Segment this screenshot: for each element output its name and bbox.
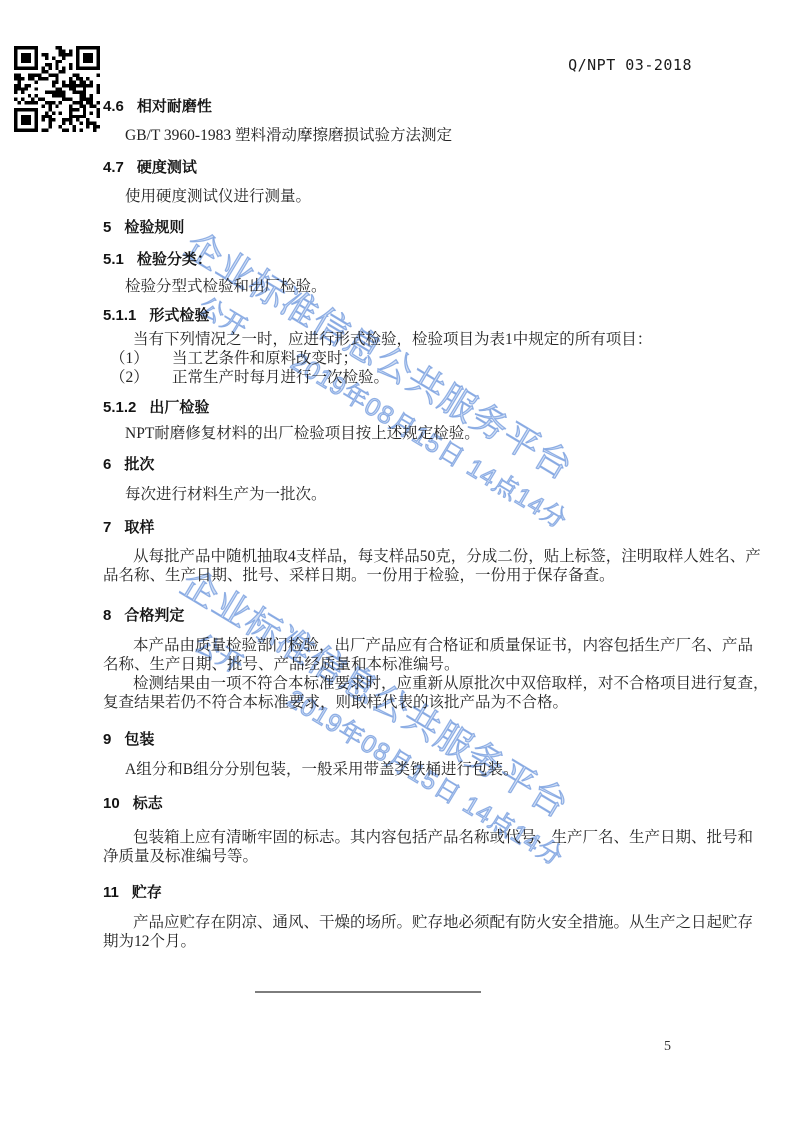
page-number: 5 — [664, 1039, 671, 1055]
text-line: （1） 当工艺条件和原料改变时； — [103, 349, 703, 368]
section-title: 包装 — [124, 731, 154, 748]
section-heading-8: 8合格判定 — [103, 604, 703, 625]
section-heading-10: 10标志 — [103, 792, 703, 813]
section-title: 取样 — [124, 519, 154, 536]
text-line: 净质量及标准编号等。 — [103, 847, 703, 866]
text-line: 使用硬度测试仪进行测量。 — [103, 187, 703, 206]
section-title: 合格判定 — [124, 607, 184, 624]
text-line: 名称、生产日期、批号、产品经质量和本标准编号。 — [103, 655, 703, 674]
document-page: Q/NPT 03-2018 企业标准信息公共服务平台 公开2019年08月15日… — [0, 0, 794, 1123]
section-number: 10 — [103, 795, 120, 812]
section-heading-5-1: 5.1检验分类： — [103, 248, 703, 269]
body-paragraph: 从每批产品中随机抽取4支样品，每支样品50克，分成二份，贴上标签，注明取样人姓名… — [103, 547, 703, 585]
section-title: 相对耐磨性 — [137, 98, 212, 115]
section-heading-9: 9包装 — [103, 728, 703, 749]
text-line: 品名称、生产日期、批号、采样日期。一份用于检验，一份用于保存备查。 — [103, 566, 703, 585]
text-line: 本产品由质量检验部门检验，出厂产品应有合格证和质量保证书，内容包括生产厂名、产品 — [103, 636, 703, 655]
standard-code: Q/NPT 03-2018 — [568, 56, 692, 74]
section-title: 批次 — [124, 456, 154, 473]
body-paragraph: A组分和B组分分别包装，一般采用带盖类铁桶进行包装。 — [103, 760, 703, 779]
section-heading-5-1-1: 5.1.1形式检验 — [103, 304, 703, 325]
body-paragraph: GB/T 3960-1983 塑料滑动摩擦磨损试验方法测定 — [103, 126, 703, 145]
qr-code-icon — [13, 46, 101, 132]
section-number: 8 — [103, 607, 111, 624]
body-paragraph: 产品应贮存在阴凉、通风、干燥的场所。贮存地必须配有防火安全措施。从生产之日起贮存… — [103, 913, 703, 951]
section-number: 5.1 — [103, 251, 124, 268]
text-line: 产品应贮存在阴凉、通风、干燥的场所。贮存地必须配有防火安全措施。从生产之日起贮存 — [103, 913, 703, 932]
section-title: 贮存 — [132, 884, 162, 901]
text-line: （2） 正常生产时每月进行一次检验。 — [103, 368, 703, 387]
section-number: 9 — [103, 731, 111, 748]
section-heading-4-6: 4.6相对耐磨性 — [103, 95, 703, 116]
text-line: A组分和B组分分别包装，一般采用带盖类铁桶进行包装。 — [103, 760, 703, 779]
body-paragraph: NPT耐磨修复材料的出厂检验项目按上述规定检验。 — [103, 424, 703, 443]
section-number: 4.7 — [103, 159, 124, 176]
section-heading-4-7: 4.7硬度测试 — [103, 156, 703, 177]
body-paragraph: 包装箱上应有清晰牢固的标志。其内容包括产品名称或代号、生产厂名、生产日期、批号和… — [103, 828, 703, 866]
section-number: 5.1.1 — [103, 307, 136, 324]
section-number: 7 — [103, 519, 111, 536]
text-line: 包装箱上应有清晰牢固的标志。其内容包括产品名称或代号、生产厂名、生产日期、批号和 — [103, 828, 703, 847]
text-line: 从每批产品中随机抽取4支样品，每支样品50克，分成二份，贴上标签，注明取样人姓名… — [103, 547, 703, 566]
text-line: 期为12个月。 — [103, 932, 703, 951]
body-paragraph: 当有下列情况之一时，应进行形式检验，检验项目为表1中规定的所有项目： — [103, 330, 703, 349]
text-line: 每次进行材料生产为一批次。 — [103, 485, 703, 504]
body-paragraph: 每次进行材料生产为一批次。 — [103, 485, 703, 504]
section-title: 检验规则 — [124, 219, 184, 236]
body-paragraph: 检验分型式检验和出厂检验。 — [103, 277, 703, 296]
section-heading-7: 7取样 — [103, 516, 703, 537]
section-title: 标志 — [133, 795, 163, 812]
section-heading-5-1-2: 5.1.2出厂检验 — [103, 396, 703, 417]
section-number: 6 — [103, 456, 111, 473]
section-heading-6: 6批次 — [103, 453, 703, 474]
section-number: 11 — [103, 884, 119, 901]
text-line: 检验分型式检验和出厂检验。 — [103, 277, 703, 296]
body-paragraph: 使用硬度测试仪进行测量。 — [103, 187, 703, 206]
body-paragraph: （1） 当工艺条件和原料改变时； — [103, 349, 703, 368]
section-number: 5 — [103, 219, 111, 236]
section-number: 4.6 — [103, 98, 124, 115]
section-heading-11: 11贮存 — [103, 881, 703, 902]
section-title: 形式检验 — [149, 307, 209, 324]
section-title: 硬度测试 — [137, 159, 197, 176]
body-paragraph: （2） 正常生产时每月进行一次检验。 — [103, 368, 703, 387]
text-line: NPT耐磨修复材料的出厂检验项目按上述规定检验。 — [103, 424, 703, 443]
text-line: GB/T 3960-1983 塑料滑动摩擦磨损试验方法测定 — [103, 126, 703, 145]
end-of-document-rule — [255, 991, 481, 993]
section-title: 出厂检验 — [149, 399, 209, 416]
text-line: 检测结果由一项不符合本标准要求时，应重新从原批次中双倍取样，对不合格项目进行复查… — [103, 674, 703, 693]
text-line: 当有下列情况之一时，应进行形式检验，检验项目为表1中规定的所有项目： — [103, 330, 703, 349]
section-heading-5: 5检验规则 — [103, 216, 703, 237]
body-paragraph: 本产品由质量检验部门检验，出厂产品应有合格证和质量保证书，内容包括生产厂名、产品… — [103, 636, 703, 674]
section-number: 5.1.2 — [103, 399, 136, 416]
text-line: 复查结果若仍不符合本标准要求，则取样代表的该批产品为不合格。 — [103, 693, 703, 712]
body-paragraph: 检测结果由一项不符合本标准要求时，应重新从原批次中双倍取样，对不合格项目进行复查… — [103, 674, 703, 712]
section-title: 检验分类： — [137, 251, 212, 268]
